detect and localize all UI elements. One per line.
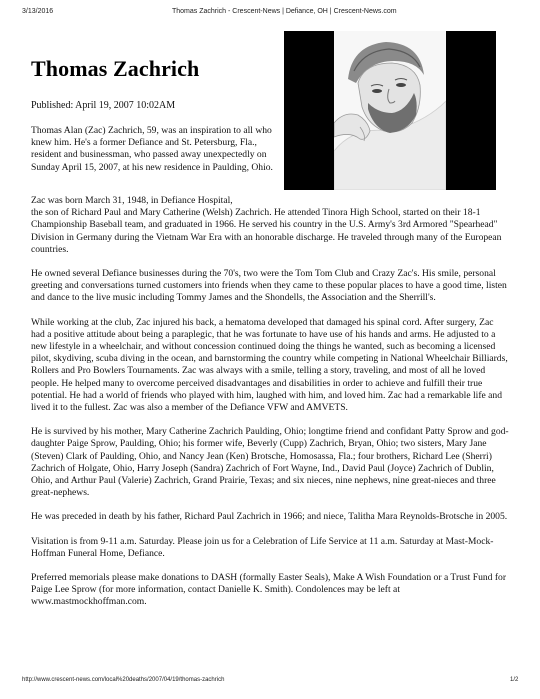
print-url: http://www.crescent-news.com/local%20dea… — [22, 677, 224, 683]
print-date: 3/13/2016 — [22, 8, 53, 15]
print-page-title: Thomas Zachrich - Crescent-News | Defian… — [172, 8, 397, 15]
article-intro: Thomas Alan (Zac) Zachrich, 59, was an i… — [31, 125, 283, 174]
article-body: Zac was born March 31, 1948, in Defiance… — [31, 195, 509, 621]
photo-left-bar — [284, 31, 334, 190]
paragraph-preceded: He was preceded in death by his father, … — [31, 511, 509, 523]
print-footer: http://www.crescent-news.com/local%20dea… — [0, 677, 540, 689]
paragraph-birth: Zac was born March 31, 1948, in Defiance… — [31, 195, 509, 256]
print-page-number: 1/2 — [510, 677, 518, 683]
article-headline: Thomas Zachrich — [31, 56, 199, 82]
portrait-icon — [334, 31, 446, 190]
published-date: Published: April 19, 2007 10:02AM — [31, 100, 175, 111]
print-header: 3/13/2016 Thomas Zachrich - Crescent-New… — [0, 8, 540, 20]
portrait-sketch — [334, 31, 446, 190]
paragraph-memorials: Preferred memorials please make donation… — [31, 572, 509, 609]
paragraph-businesses: He owned several Defiance businesses dur… — [31, 268, 509, 305]
paragraph-visitation: Visitation is from 9-11 a.m. Saturday. P… — [31, 536, 509, 560]
paragraph-injury: While working at the club, Zac injured h… — [31, 317, 509, 415]
obituary-photo — [284, 31, 496, 190]
photo-right-bar — [446, 31, 496, 190]
paragraph-survivors: He is survived by his mother, Mary Cathe… — [31, 426, 509, 499]
